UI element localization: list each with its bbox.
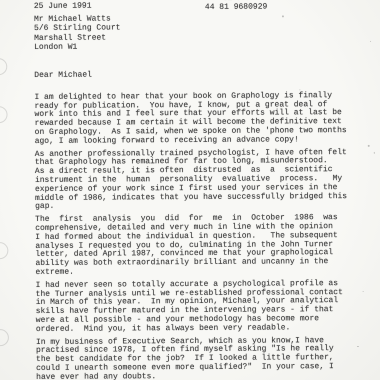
- paragraph: As another professionally trained psycho…: [35, 149, 355, 213]
- text-line: London W1: [34, 43, 120, 53]
- scan-speck: [282, 15, 284, 17]
- text-line: Marshall Street: [34, 33, 120, 43]
- hole-punch-mark: [0, 242, 8, 259]
- text-line: ordered. Mind you, it has always been ve…: [36, 324, 356, 335]
- scan-speck: [374, 152, 375, 154]
- paragraph: I am delighted to hear that your book on…: [34, 92, 354, 147]
- text-line: have ever had any doubts.: [36, 372, 356, 380]
- text-line: Mr Michael Watts: [34, 14, 120, 24]
- salutation: Dear Michael: [34, 70, 354, 81]
- scan-speck: [357, 346, 359, 347]
- text-line: ago, I am looking forward to receiving a…: [35, 136, 355, 147]
- hole-punch-mark: [0, 58, 7, 75]
- paragraph: In my business of Executive Search, whic…: [36, 337, 356, 380]
- scan-speck: [299, 89, 300, 90]
- scan-speck: [370, 41, 371, 42]
- paragraph: I had never seen so totally accurate a p…: [36, 280, 356, 335]
- fax-number: 44 81 9680929: [205, 4, 267, 13]
- recipient-address: Mr Michael Watts5/6 Stirling CourtMarsha…: [34, 14, 121, 52]
- paragraph: The first analysis you did for me in Oct…: [35, 214, 355, 278]
- scan-speck: [363, 291, 364, 292]
- letter-body: Dear Michael I am delighted to hear that…: [34, 70, 356, 380]
- text-line: 5/6 Stirling Court: [34, 24, 120, 34]
- scan-speck: [368, 145, 370, 147]
- scanned-letter-page: 25 June 1991 81 FAX 44 81 9680929 Mr Mic…: [0, 0, 380, 380]
- hole-punch-mark: [0, 329, 9, 346]
- letter-date: 25 June 1991: [34, 3, 92, 12]
- hole-punch-mark: [0, 106, 8, 123]
- text-line: gap.: [35, 201, 355, 212]
